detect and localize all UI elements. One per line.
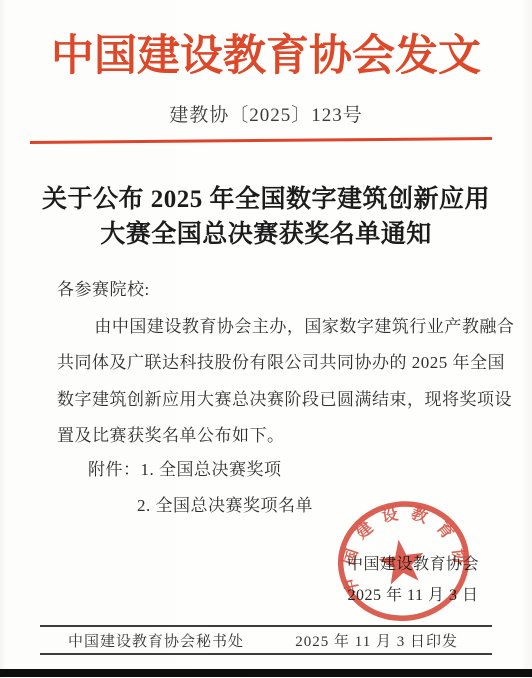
paragraph-line: 共同体及广联达科技股份有限公司共同协办的 2025 年全国 <box>57 345 477 382</box>
official-seal-stamp-icon: 中国建设教育协会 <box>326 490 485 638</box>
attachment-item: 2. 全国总决赛奖项名单 <box>88 488 313 524</box>
footer-print-date: 2025 年 11 月 3 日印发 <box>295 630 492 651</box>
salutation: 各参赛院校: <box>57 272 477 309</box>
paragraph-line: 置及比赛获奖名单公布如下。 <box>57 418 477 455</box>
attachments-label: 附件： <box>88 452 141 488</box>
scan-edge-bar <box>0 669 532 677</box>
document-number: 建教协〔2025〕123号 <box>0 100 532 127</box>
attachment-item: 1. 全国总决赛奖项 <box>141 452 282 488</box>
red-divider-rule <box>30 137 492 144</box>
footer-rule-top <box>40 625 492 627</box>
document-title-line1: 关于公布 2025 年全国数字建筑创新应用 <box>0 182 532 217</box>
footer-issuer: 中国建设教育协会秘书处 <box>40 630 244 651</box>
footer: 中国建设教育协会秘书处 2025 年 11 月 3 日印发 <box>40 630 492 651</box>
footer-rule-bottom <box>40 653 492 655</box>
document-page: 中国建设教育协会发文 建教协〔2025〕123号 关于公布 2025 年全国数字… <box>0 0 532 678</box>
paragraph-line: 数字建筑创新应用大赛总决赛阶段已圆满结束，现将奖项设 <box>57 382 477 419</box>
attachments-block: 附件： 1. 全国总决赛奖项 2. 全国总决赛奖项名单 <box>88 452 313 523</box>
document-title-line2: 大赛全国总决赛获奖名单通知 <box>0 217 532 252</box>
letterhead-title: 中国建设教育协会发文 <box>0 22 532 83</box>
seal-star-icon <box>376 536 427 585</box>
document-title: 关于公布 2025 年全国数字建筑创新应用 大赛全国总决赛获奖名单通知 <box>0 182 532 252</box>
paragraph-line: 由中国建设教育协会主办，国家数字建筑行业产教融合 <box>57 309 477 346</box>
body-text: 各参赛院校: 由中国建设教育协会主办，国家数字建筑行业产教融合 共同体及广联达科… <box>57 272 477 455</box>
